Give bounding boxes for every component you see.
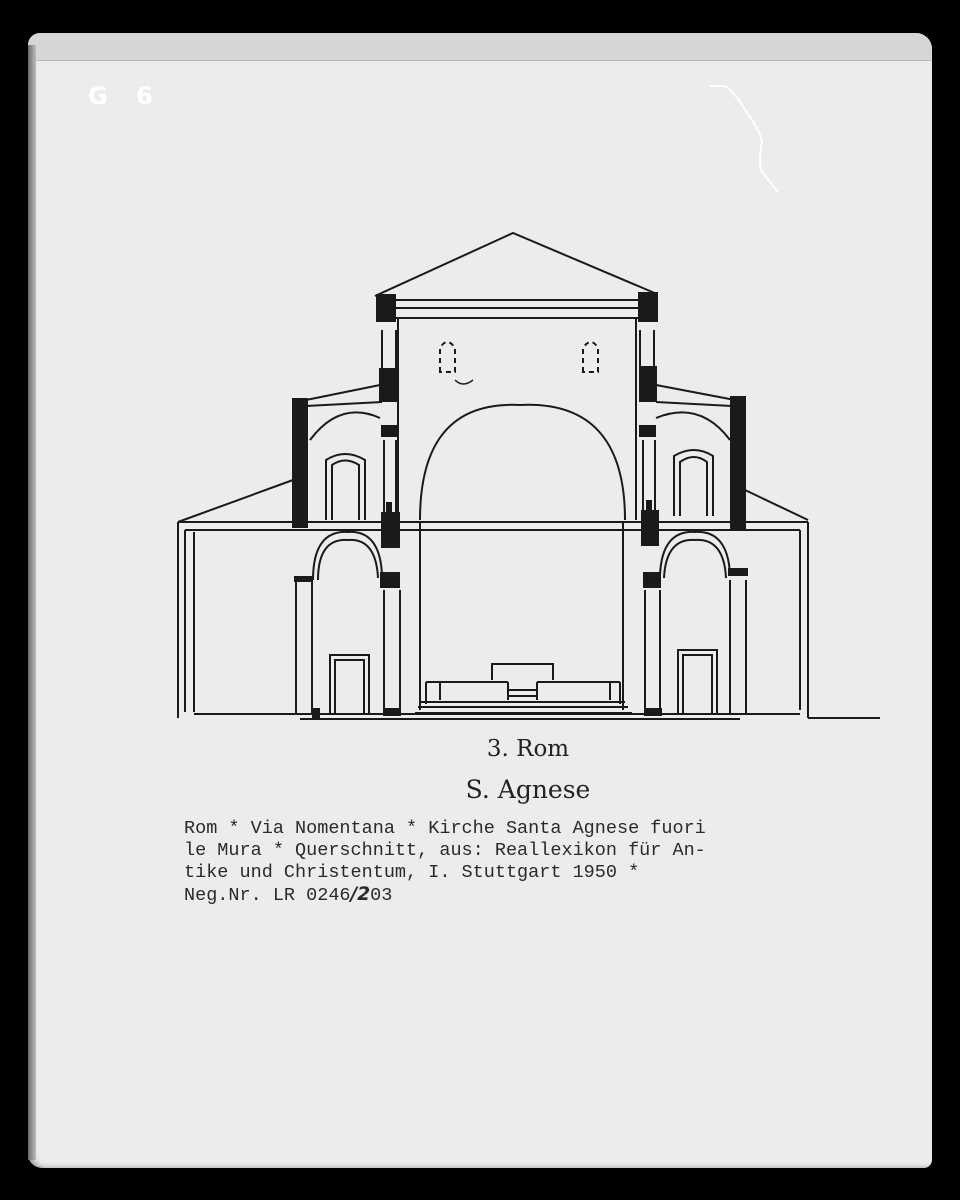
description-line: le Mura * Querschnitt, aus: Reallexikon … — [184, 840, 844, 862]
description-line: Rom * Via Nomentana * Kirche Santa Agnes… — [184, 818, 844, 840]
film-scratch — [700, 80, 790, 200]
figure-number: 3. Rom — [0, 736, 960, 762]
catalog-description: Rom * Via Nomentana * Kirche Santa Agnes… — [184, 818, 844, 907]
negative-number-handwritten: /2 — [351, 884, 371, 905]
negative-number-prefix: Neg.Nr. LR 0246 — [184, 885, 351, 906]
description-line: tike und Christentum, I. Stuttgart 1950 … — [184, 862, 844, 884]
cross-section-drawing — [170, 225, 890, 725]
card-top-strip — [28, 33, 932, 61]
figure-title: S. Agnese — [0, 775, 960, 804]
corner-label: G 6 — [88, 82, 163, 110]
card-left-edge — [28, 45, 36, 1160]
negative-number-suffix: 03 — [370, 885, 392, 906]
negative-number: Neg.Nr. LR 0246/203 — [184, 884, 844, 907]
